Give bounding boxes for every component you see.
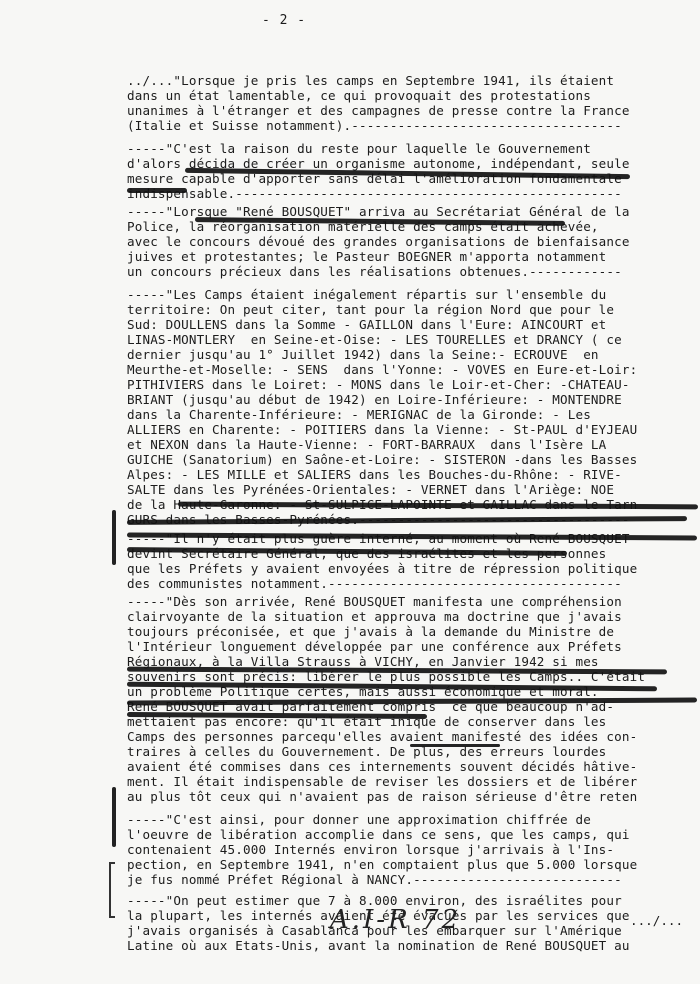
text-line: -----"Dès son arrivée, René BOUSQUET man…: [127, 594, 622, 609]
text-line: Alpes: - LES MILLE et SALIERS dans les B…: [127, 467, 622, 482]
text-line: ../..."Lorsque je pris les camps en Sept…: [127, 73, 614, 88]
text-line: toujours préconisée, et que j'avais à la…: [127, 624, 614, 639]
text-line: au plus tôt ceux qui n'avaient pas de ra…: [127, 789, 637, 804]
text-line: pection, en Septembre 1941, n'en comptai…: [127, 857, 637, 872]
text-line: Camps des personnes parcequ'elles avaien…: [127, 729, 637, 744]
text-line: dernier jusqu'au 1° Juillet 1942) dans l…: [127, 347, 599, 362]
text-line: l'oeuvre de libération accomplie dans ce…: [127, 827, 630, 842]
page-number: - 2 -: [262, 13, 306, 28]
text-line: territoire: On peut citer, tant pour la …: [127, 302, 614, 317]
text-line: avaient été commises dans ces internemen…: [127, 759, 637, 774]
text-line: -----"C'est ainsi, pour donner une appro…: [127, 812, 591, 827]
text-line: traires à celles du Gouvernement. De plu…: [127, 744, 606, 759]
margin-bracket: [109, 862, 115, 918]
text-line: LINAS-MONTLERY en Seine-et-Oise: - LES T…: [127, 332, 622, 347]
text-line: des communistes notamment.--------------…: [127, 576, 622, 591]
marker-underline: [127, 188, 187, 193]
text-line: contenaient 45.000 Internés environ lors…: [127, 842, 614, 857]
text-line: ALLIERS en Charente: - POITIERS dans la …: [127, 422, 637, 437]
text-line: que les Préfets y avaient envoyées à tit…: [127, 561, 637, 576]
marker-underline: [410, 744, 500, 747]
text-line: Sud: DOULLENS dans la Somme - GAILLON da…: [127, 317, 606, 332]
text-line: je fus nommé Préfet Régional à NANCY.---…: [127, 872, 622, 887]
text-line: GUICHE (Sanatorium) en Saône-et-Loire: -…: [127, 452, 637, 467]
text-line: BRIANT (jusqu'au début de 1942) en Loire…: [127, 392, 622, 407]
margin-line: [112, 510, 116, 565]
text-line: et NEXON dans la Haute-Vienne: - FORT-BA…: [127, 437, 606, 452]
text-line: -----"Les Camps étaient inégalement répa…: [127, 287, 606, 302]
text-line: ment. Il était indispensable de reviser …: [127, 774, 637, 789]
text-line: dans un état lamentable, ce qui provoqua…: [127, 88, 591, 103]
text-line: unanimes à l'étranger et des campagnes d…: [127, 103, 630, 118]
text-line: l'Intérieur longuement développée par un…: [127, 639, 622, 654]
text-line: dans la Charente-Inférieure: - MERIGNAC …: [127, 407, 591, 422]
text-line: Meurthe-et-Moselle: - SENS dans l'Yonne:…: [127, 362, 637, 377]
text-line: PITHIVIERS dans le Loiret: - MONS dans l…: [127, 377, 630, 392]
text-line: un concours précieux dans les réalisatio…: [127, 264, 622, 279]
text-line: indispensable.--------------------------…: [127, 186, 622, 201]
text-line: clairvoyante de la situation et approuva…: [127, 609, 622, 624]
text-line: juives et protestantes; le Pasteur BOEGN…: [127, 249, 606, 264]
handwritten-annotation: A.I-R 72: [330, 905, 461, 935]
text-line: (Italie et Suisse notamment).-----------…: [127, 118, 622, 133]
text-line: Latine où aux Etats-Unis, avant la nomin…: [127, 938, 630, 953]
text-line: SALTE dans les Pyrénées-Orientales: - VE…: [127, 482, 614, 497]
text-line: -----"C'est la raison du reste pour laqu…: [127, 141, 591, 156]
document-page: - 2 - ../..."Lorsque je pris les camps e…: [0, 0, 700, 984]
continuation-marker: .../...: [630, 913, 683, 928]
text-line: avec le concours dévoué des grandes orga…: [127, 234, 630, 249]
margin-line: [112, 787, 116, 847]
